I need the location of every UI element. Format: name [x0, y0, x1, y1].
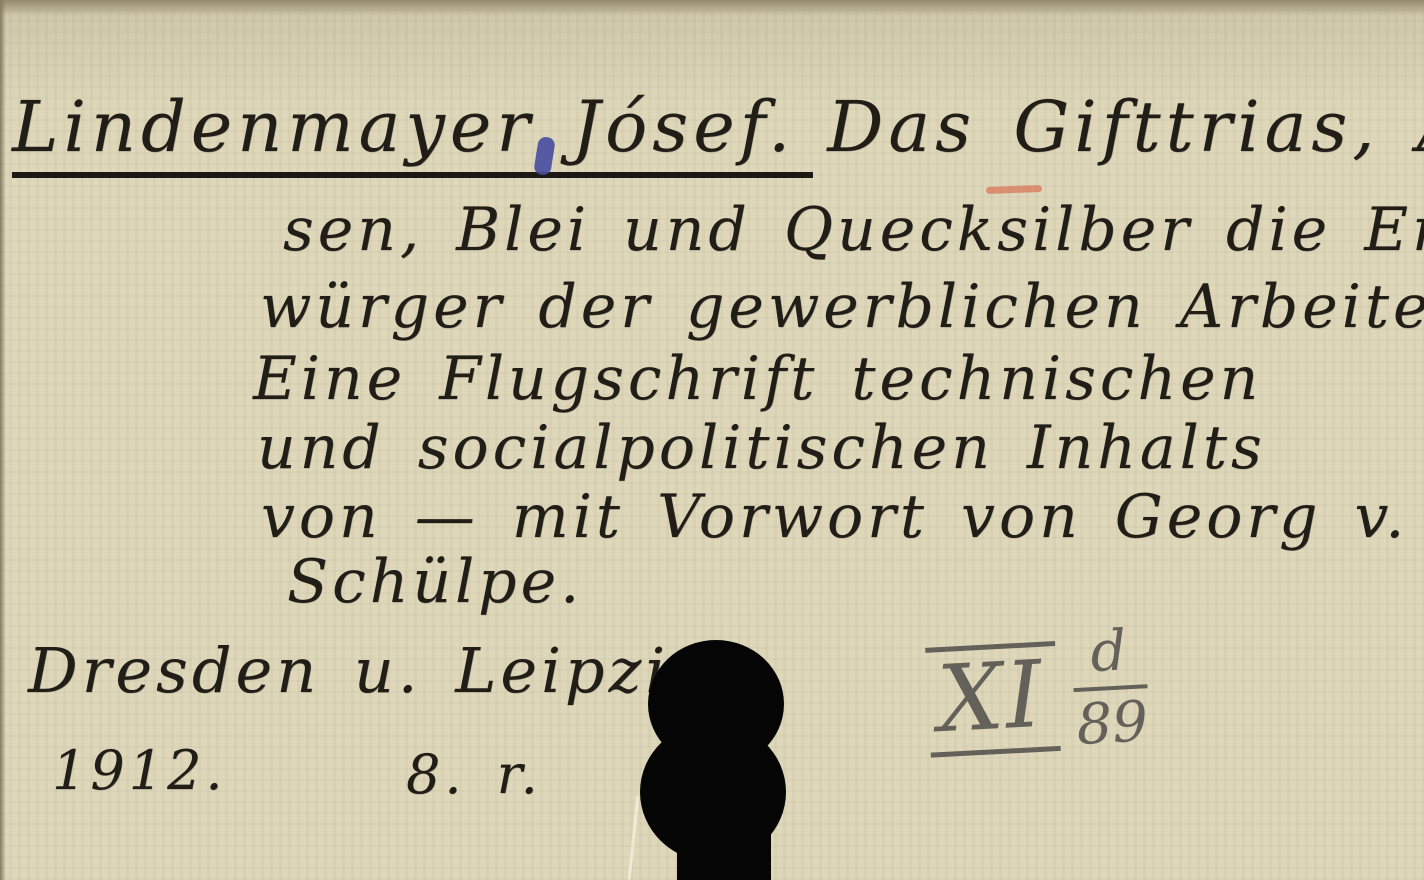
call-number-letter: d	[1089, 618, 1128, 685]
title-line-5: und socialpolitischen Inhalts	[257, 418, 1266, 478]
call-number-number: 89	[1074, 690, 1151, 754]
imprint-format: 8. r.	[406, 748, 542, 802]
call-number-fraction: d 89	[1070, 622, 1151, 754]
card-left-edge	[0, 0, 6, 880]
title-line-4: Eine Flugschrift technischen	[253, 349, 1262, 409]
title-start: Das Gifttrias, Ar=	[827, 86, 1424, 168]
red-ink-mark	[986, 185, 1042, 194]
call-number-roman: XI	[925, 641, 1060, 758]
catalog-card: Lindenmayer Jósef.Das Gifttrias, Ar= sen…	[0, 0, 1424, 880]
title-line-2: sen, Blei und Quecksilber die Er=	[283, 200, 1424, 260]
card-top-edge	[0, 0, 1424, 16]
author-name: Lindenmayer Jósef.	[12, 92, 813, 178]
title-line-6: von — mit Vorwort von Georg v.	[261, 487, 1408, 547]
call-number: XI d 89	[925, 636, 1151, 761]
heading-line: Lindenmayer Jósef.Das Gifttrias, Ar=	[12, 92, 1424, 178]
punch-hole-silhouette	[613, 640, 819, 880]
title-line-3: würger der gewerblichen Arbeiter,	[260, 277, 1424, 337]
imprint-year: 1912.	[52, 744, 227, 798]
title-line-7: Schülpe.	[287, 552, 583, 612]
